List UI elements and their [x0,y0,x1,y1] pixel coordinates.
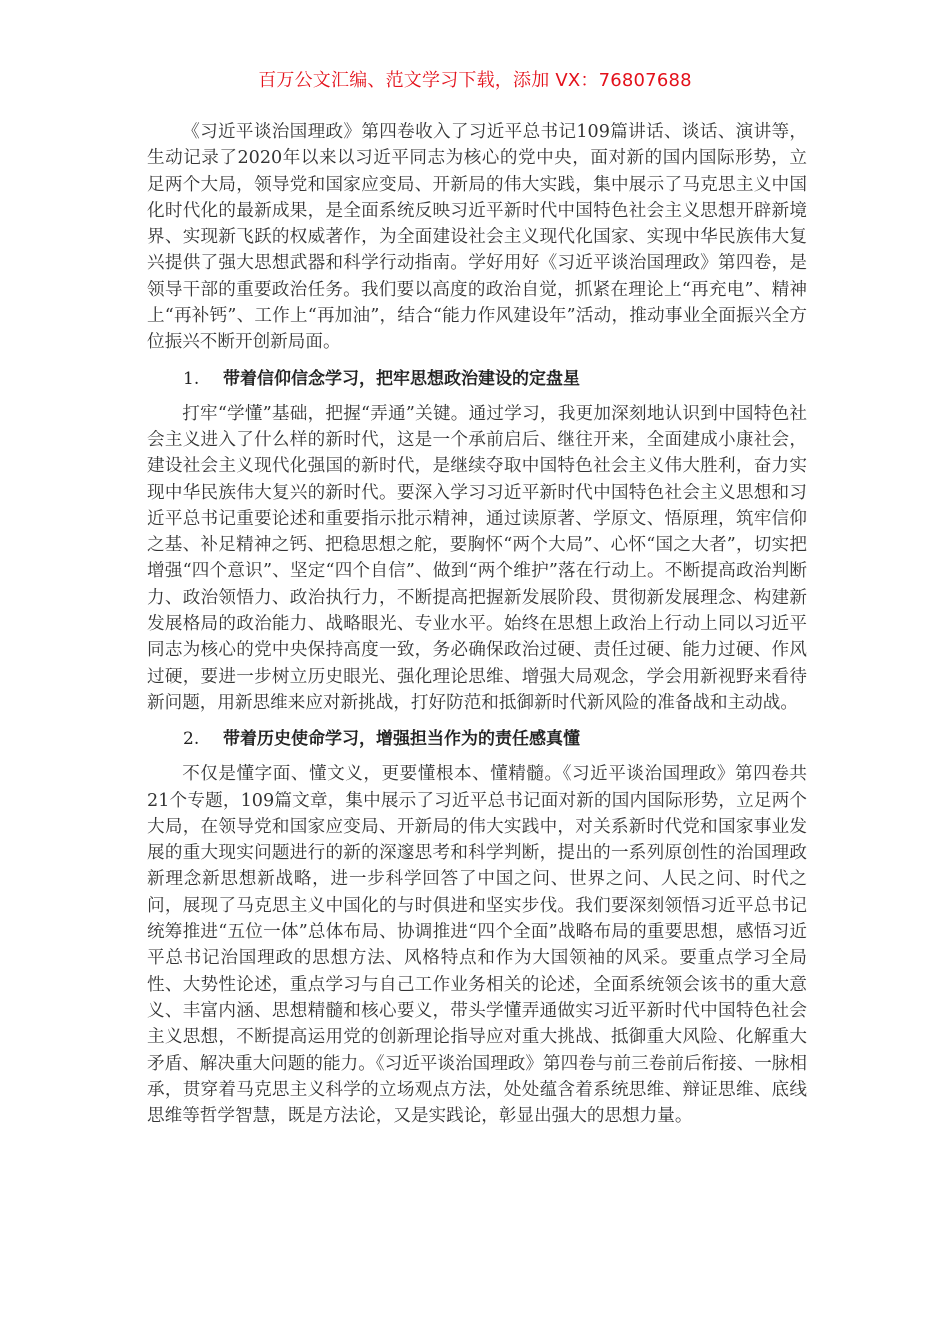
section-title: 带着信仰信念学习，把牢思想政治建设的定盘星 [223,369,580,389]
section-title: 带着历史使命学习，增强担当作为的责任感真懂 [223,729,580,749]
document-page: 百万公文汇编、范文学习下载，添加 VX：76807688 《习近平谈治国理政》第… [0,0,950,1344]
promo-banner: 百万公文汇编、范文学习下载，添加 VX：76807688 [0,66,950,92]
section-heading-1: 1.带着信仰信念学习，把牢思想政治建设的定盘星 [147,366,807,392]
section-number: 1. [183,366,223,392]
section-number: 2. [183,726,223,752]
intro-paragraph: 《习近平谈治国理政》第四卷收入了习近平总书记109篇讲话、谈话、演讲等，生动记录… [147,119,807,356]
section-heading-2: 2.带着历史使命学习，增强担当作为的责任感真懂 [147,726,807,752]
document-body: 《习近平谈治国理政》第四卷收入了习近平总书记109篇讲话、谈话、演讲等，生动记录… [147,119,807,1129]
section-paragraph-1: 打牢“学懂”基础，把握“弄通”关键。通过学习，我更加深刻地认识到中国特色社会主义… [147,401,807,717]
section-paragraph-2: 不仅是懂字面、懂文义，更要懂根本、懂精髓。《习近平谈治国理政》第四卷共21个专题… [147,761,807,1129]
